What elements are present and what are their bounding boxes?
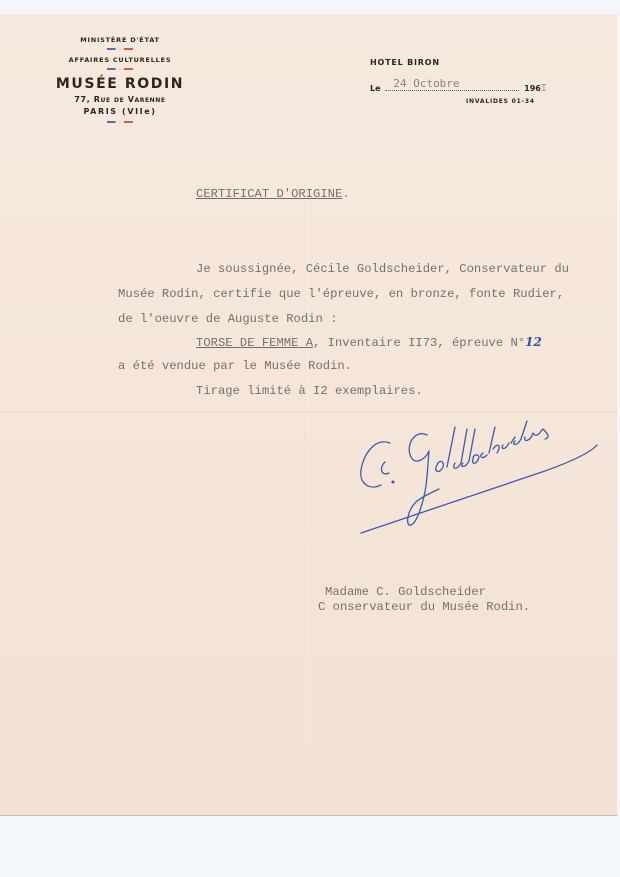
- inventory-text: , Inventaire II73, épreuve N°: [313, 336, 525, 350]
- museum-name: MUSÉE RODIN: [40, 76, 200, 92]
- handwritten-signature: [355, 415, 605, 540]
- edition-number-handwritten: 12: [525, 335, 542, 349]
- letterhead: MINISTÈRE D'ÉTAT AFFAIRES CULTURELLES MU…: [40, 36, 200, 129]
- body-line-2: Musée Rodin, certifie que l'épreuve, en …: [118, 287, 564, 301]
- header-right: HOTEL BIRON Le 24 Octobre 196I INVALIDES…: [370, 58, 440, 67]
- title-period: .: [342, 187, 349, 201]
- vertical-fold-crease: [305, 14, 307, 815]
- year-typed: I: [541, 83, 547, 94]
- year-printed: 196: [524, 84, 541, 93]
- title-text: CERTIFICAT D'ORIGINE: [196, 187, 342, 201]
- department-label: AFFAIRES CULTURELLES: [40, 56, 200, 64]
- body-line-4: TORSE DE FEMME A, Inventaire II73, épreu…: [196, 335, 542, 350]
- body-line-3: de l'oeuvre de Auguste Rodin :: [118, 312, 337, 326]
- body-line-1: Je soussignée, Cécile Goldscheider, Cons…: [196, 262, 569, 276]
- museum-address: 77, Rue de Varenne: [40, 95, 200, 104]
- work-title: TORSE DE FEMME A: [196, 336, 313, 350]
- date-dotted-field: 24 Octobre: [385, 80, 519, 91]
- body-line-6: Tirage limité à I2 exemplaires.: [196, 384, 423, 398]
- signatory-role: C onservateur du Musée Rodin.: [318, 600, 530, 614]
- signatory-name: Madame C. Goldscheider: [325, 585, 486, 599]
- date-prefix: Le: [370, 84, 381, 93]
- hotel-name: HOTEL BIRON: [370, 58, 440, 67]
- horizontal-fold-crease: [0, 412, 617, 414]
- document-title: CERTIFICAT D'ORIGINE.: [196, 187, 350, 201]
- tricolor-rule: [107, 48, 133, 50]
- ministry-label: MINISTÈRE D'ÉTAT: [40, 36, 200, 44]
- body-line-5: a été vendue par le Musée Rodin.: [118, 359, 352, 373]
- date-typed: 24 Octobre: [393, 77, 459, 90]
- tricolor-rule: [107, 68, 133, 70]
- phone-number: INVALIDES 01-34: [466, 98, 535, 105]
- tricolor-rule: [107, 121, 133, 123]
- museum-city: PARIS (VIIe): [40, 107, 200, 116]
- date-line: Le 24 Octobre 196I: [370, 80, 547, 94]
